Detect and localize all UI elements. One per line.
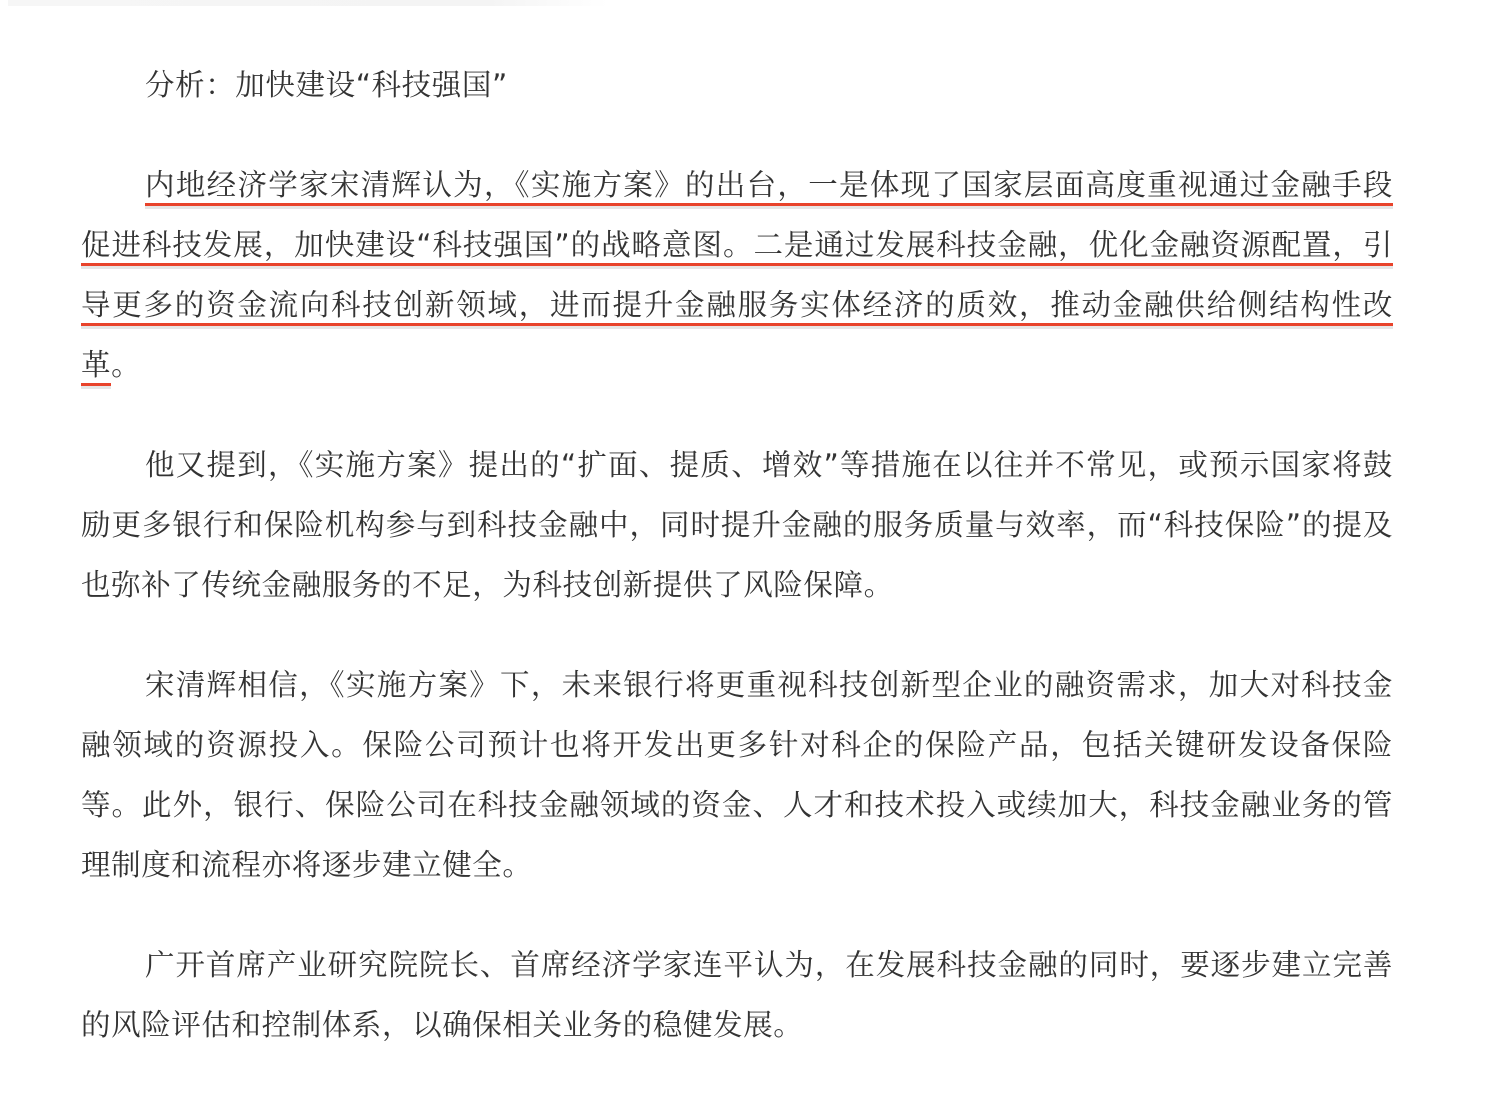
article-body: 分析：加快建设“科技强国” 内地经济学家宋清辉认为，《实施方案》的出台，一是体现…	[81, 55, 1393, 1095]
paragraph-lian-ping-view: 广开首席产业研究院院长、首席经济学家连平认为，在发展科技金融的同时，要逐步建立完…	[81, 935, 1393, 1055]
paragraph-song-qinghui-view: 内地经济学家宋清辉认为，《实施方案》的出台，一是体现了国家层面高度重视通过金融手…	[81, 155, 1393, 395]
section-heading: 分析：加快建设“科技强国”	[81, 55, 1393, 115]
paragraph-implementation-measures: 他又提到，《实施方案》提出的“扩面、提质、增效”等措施在以往并不常见，或预示国家…	[81, 435, 1393, 615]
paragraph-tail: 。	[111, 348, 141, 382]
paragraph-banks-insurers-outlook: 宋清辉相信，《实施方案》下，未来银行将更重视科技创新型企业的融资需求，加大对科技…	[81, 655, 1393, 895]
top-fade-bar	[8, 0, 608, 6]
highlighted-text: 内地经济学家宋清辉认为，《实施方案》的出台，一是体现了国家层面高度重视通过金融手…	[81, 168, 1393, 392]
